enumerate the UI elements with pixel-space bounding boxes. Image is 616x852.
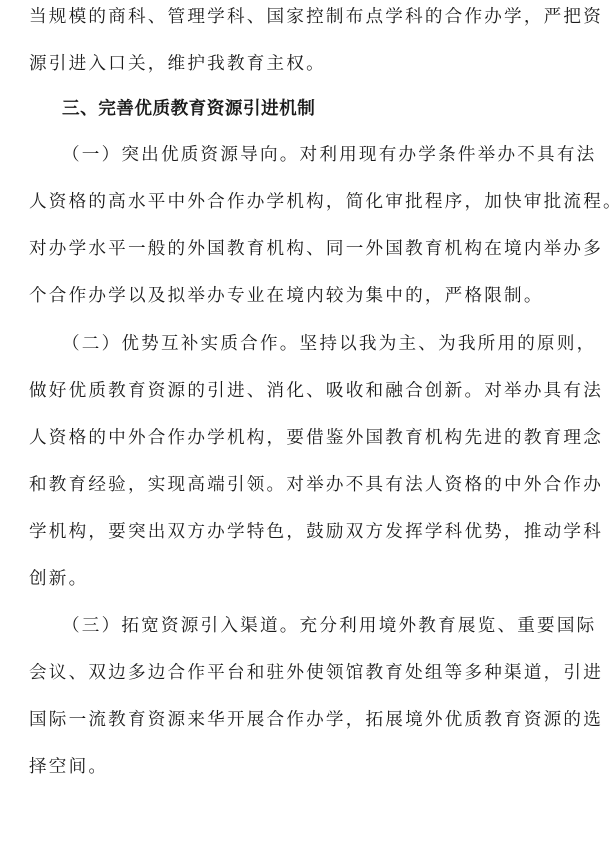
document-page: 当规模的商科、管理学科、国家控制布点学科的合作办学，严把资 源引进入口关，维护我… [0, 0, 616, 848]
body-line: 国际一流教育资源来华开展合作办学，拓展境外优质教育资源的选 [29, 709, 589, 731]
body-line: （一）突出优质资源导向。对利用现有办学条件举办不具有法 [62, 144, 589, 166]
body-line: 和教育经验，实现高端引领。对举办不具有法人资格的中外合作办 [29, 474, 589, 496]
body-line: 源引进入口关，维护我教育主权。 [29, 53, 589, 75]
body-line: 人资格的高水平中外合作办学机构，简化审批程序，加快审批流程。 [29, 191, 589, 213]
body-line: 做好优质教育资源的引进、消化、吸收和融合创新。对举办具有法 [29, 380, 589, 402]
body-line: 当规模的商科、管理学科、国家控制布点学科的合作办学，严把资 [29, 6, 589, 28]
body-line: 个合作办学以及拟举办专业在境内较为集中的，严格限制。 [29, 285, 589, 307]
body-line: （三）拓宽资源引入渠道。充分利用境外教育展览、重要国际 [62, 615, 589, 637]
body-line: 人资格的中外合作办学机构，要借鉴外国教育机构先进的教育理念 [29, 427, 589, 449]
section-heading-3: 三、完善优质教育资源引进机制 [62, 98, 315, 120]
body-line: 择空间。 [29, 756, 589, 778]
body-line: 创新。 [29, 568, 589, 590]
body-line: （二）优势互补实质合作。坚持以我为主、为我所用的原则， [62, 333, 589, 355]
body-line: 学机构，要突出双方办学特色，鼓励双方发挥学科优势，推动学科 [29, 521, 589, 543]
body-line: 对办学水平一般的外国教育机构、同一外国教育机构在境内举办多 [29, 238, 589, 260]
body-line: 会议、双边多边合作平台和驻外使领馆教育处组等多种渠道，引进 [29, 662, 589, 684]
